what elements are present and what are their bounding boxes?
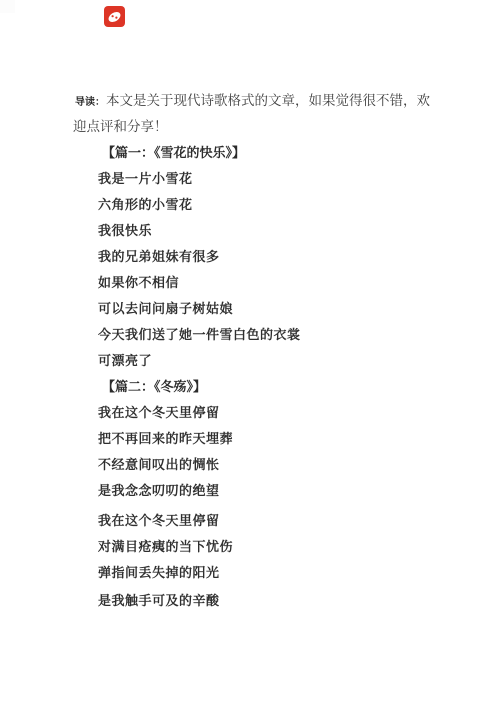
intro-paragraph-line-2: 迎点评和分享！ (73, 114, 470, 140)
lead-label: 导读： (75, 97, 105, 108)
document-page: 导读：本文是关于现代诗歌格式的文章，如果觉得很不错，欢 迎点评和分享！ 【篇一：… (0, 0, 500, 708)
poem-line: 不经意间叹出的惆怅 (98, 452, 470, 478)
poem-line: 对满目疮痍的当下忧伤 (98, 534, 470, 560)
document-content: 导读：本文是关于现代诗歌格式的文章，如果觉得很不错，欢 迎点评和分享！ 【篇一：… (0, 0, 500, 614)
section-heading: 【篇一：《雪花的快乐》】 (102, 140, 470, 166)
poem-line: 是我触手可及的辛酸 (98, 588, 470, 614)
poem-line: 可以去问问扇子树姑娘 (98, 296, 470, 322)
poem-line: 弹指间丢失掉的阳光 (98, 560, 470, 586)
poem-line: 可漂亮了 (98, 348, 470, 374)
poem-line: 六角形的小雪花 (98, 192, 470, 218)
intro-paragraph-line-1: 导读：本文是关于现代诗歌格式的文章，如果觉得很不错，欢 (73, 88, 470, 114)
poem-line: 我是一片小雪花 (98, 166, 470, 192)
section-heading: 【篇二：《冬殇》】 (102, 374, 470, 400)
poem-line: 我很快乐 (98, 218, 470, 244)
poem-line: 如果你不相信 (98, 270, 470, 296)
poem-line: 把不再回来的昨天埋葬 (98, 426, 470, 452)
poem-line: 我在这个冬天里停留 (98, 400, 470, 426)
poem-line: 是我念念叨叨的绝望 (98, 478, 470, 504)
intro-text: 本文是关于现代诗歌格式的文章，如果觉得很不错，欢 (106, 93, 430, 108)
poem-line: 今天我们送了她一件雪白色的衣裳 (98, 322, 470, 348)
poem-line: 我在这个冬天里停留 (98, 508, 470, 534)
poem-line: 我的兄弟姐妹有很多 (98, 244, 470, 270)
